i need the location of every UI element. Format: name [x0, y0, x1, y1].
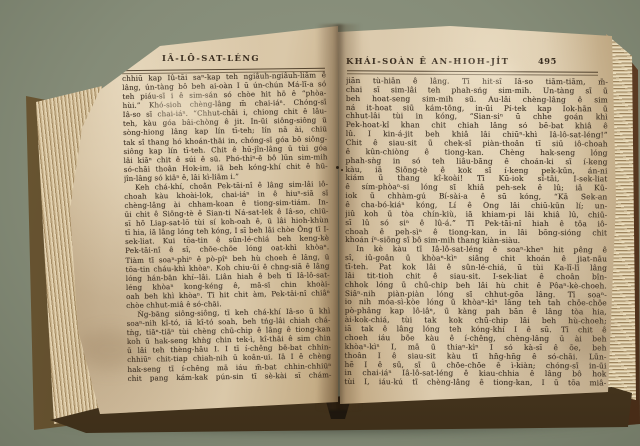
left-text-block: chhiū kap Iû-tāi saⁿ-kap teh ngiâuh-ngiâ…: [122, 70, 332, 382]
gutter-shadow: [316, 24, 362, 410]
right-page: KHÁI-SOÀN Ê AN-HIOH-JI̍T 495 jiān tù-hiā…: [338, 24, 616, 408]
text-line: tùi I, iáu-kú tī chèng-lâng ê tiong-kan,…: [344, 378, 606, 388]
left-page: 494 IÂ-LÔ-SAT-LÉNG chhiū kap Iû-tāi saⁿ-…: [58, 24, 340, 418]
book-photo: 494 IÂ-LÔ-SAT-LÉNG chhiū kap Iû-tāi saⁿ-…: [0, 0, 640, 446]
right-page-number: 495: [538, 56, 557, 66]
right-text-block: jiān tù-hiān ê lâng. Tī hit-sî Iâ-so tiā…: [344, 77, 608, 388]
right-page-header: KHÁI-SOÀN Ê AN-HIOH-JI̍T 495: [346, 56, 608, 69]
right-header-rule: [347, 70, 598, 75]
left-page-number: 494: [122, 53, 141, 63]
left-page-header: 494 IÂ-LÔ-SAT-LÉNG: [122, 53, 326, 66]
left-running-title: IÂ-LÔ-SAT-LÉNG: [122, 53, 260, 63]
ink-spot-small: [341, 169, 343, 171]
ink-spot: [336, 166, 339, 169]
